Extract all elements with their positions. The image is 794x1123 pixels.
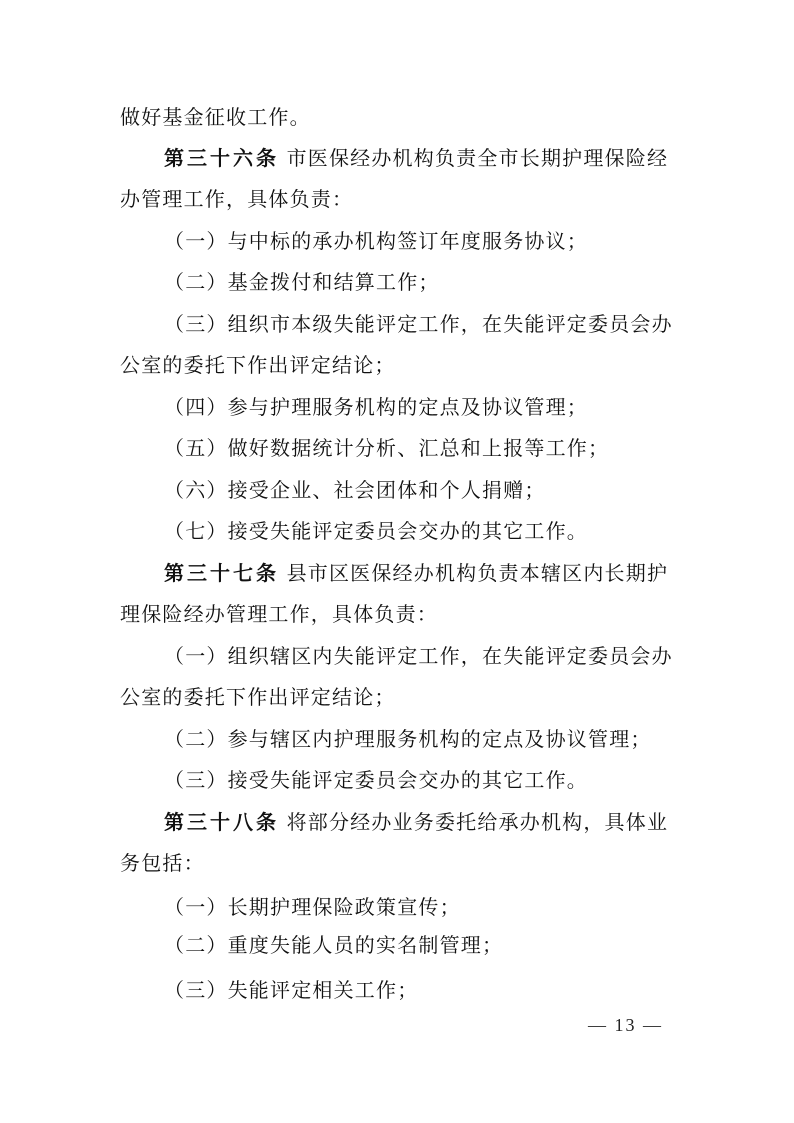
list-item: （二）重度失能人员的实名制管理； [164,926,503,964]
line-text: （五）做好数据统计分析、汇总和上报等工作； [164,436,609,460]
line-text: 市医保经办机构负责全市长期护理保险经 [287,146,669,170]
list-item: （一）长期护理保险政策宣传； [164,888,461,926]
line-text: 做好基金征收工作。 [120,105,311,129]
line-text: （二）参与辖区内护理服务机构的定点及协议管理； [164,727,652,751]
article-38-heading: 第三十八条 将部分经办业务委托给承办机构，具体业 [164,803,668,841]
line-text: （七）接受失能评定委员会交办的其它工作。 [164,519,588,543]
line-text: （三）失能评定相关工作； [164,978,418,1002]
paragraph-line: 公室的委托下作出评定结论； [120,346,396,384]
page-number: — 13 — [588,1015,663,1036]
line-text: （一）长期护理保险政策宣传； [164,895,461,919]
line-text: （二）重度失能人员的实名制管理； [164,933,503,957]
list-item: （一）组织辖区内失能评定工作，在失能评定委员会办 [164,637,673,675]
article-number: 第三十八条 [164,810,279,834]
paragraph-line: 做好基金征收工作。 [120,98,311,136]
list-item: （三）接受失能评定委员会交办的其它工作。 [164,761,588,799]
paragraph-line: 理保险经办管理工作，具体负责： [120,595,438,633]
line-text: （一）与中标的承办机构签订年度服务协议； [164,229,588,253]
list-item: （三）组织市本级失能评定工作，在失能评定委员会办 [164,305,673,343]
list-item: （三）失能评定相关工作； [164,971,418,1009]
line-text: （一）组织辖区内失能评定工作，在失能评定委员会办 [164,644,673,668]
line-text: （四）参与护理服务机构的定点及协议管理； [164,395,588,419]
list-item: （二）参与辖区内护理服务机构的定点及协议管理； [164,720,652,758]
list-item: （六）接受企业、社会团体和个人捐赠； [164,471,546,509]
paragraph-line: 公室的委托下作出评定结论； [120,678,396,716]
line-text: 办管理工作，具体负责： [120,187,353,211]
line-text: 务包括： [120,851,205,875]
line-text: 公室的委托下作出评定结论； [120,353,396,377]
article-37-heading: 第三十七条 县市区医保经办机构负责本辖区内长期护 [164,554,668,592]
line-text: 县市区医保经办机构负责本辖区内长期护 [287,561,669,585]
list-item: （二）基金拨付和结算工作； [164,263,440,301]
list-item: （七）接受失能评定委员会交办的其它工作。 [164,512,588,550]
list-item: （四）参与护理服务机构的定点及协议管理； [164,388,588,426]
line-text: 理保险经办管理工作，具体负责： [120,602,438,626]
article-number: 第三十七条 [164,561,279,585]
list-item: （五）做好数据统计分析、汇总和上报等工作； [164,429,609,467]
line-text: 公室的委托下作出评定结论； [120,685,396,709]
article-36-heading: 第三十六条 市医保经办机构负责全市长期护理保险经 [164,139,668,177]
line-text: （二）基金拨付和结算工作； [164,270,440,294]
list-item: （一）与中标的承办机构签订年度服务协议； [164,222,588,260]
line-text: （六）接受企业、社会团体和个人捐赠； [164,478,546,502]
line-text: （三）接受失能评定委员会交办的其它工作。 [164,768,588,792]
paragraph-line: 务包括： [120,844,205,882]
line-text: 将部分经办业务委托给承办机构，具体业 [287,810,669,834]
paragraph-line: 办管理工作，具体负责： [120,180,353,218]
line-text: （三）组织市本级失能评定工作，在失能评定委员会办 [164,312,673,336]
article-number: 第三十六条 [164,146,279,170]
